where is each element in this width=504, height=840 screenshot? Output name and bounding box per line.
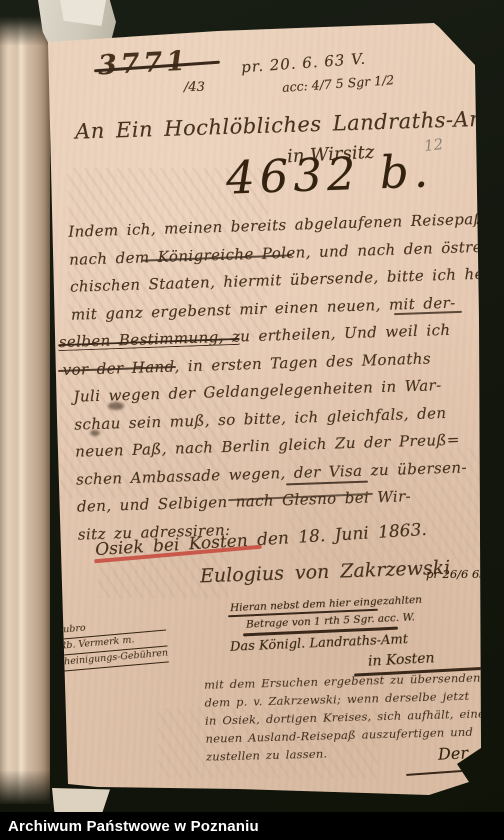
underline-closing (406, 766, 504, 776)
acc-note: acc: 4/7 5 Sgr 1/2 (282, 72, 395, 95)
registry-crossed-fraction: /43 (184, 80, 205, 95)
archival-scan-viewport: 3771 /43 pr. 20. 6. 63 V. acc: 4/7 5 Sgr… (0, 0, 504, 840)
registry-big-number: 4632 b. (225, 144, 434, 204)
presentation-note: pr. 20. 6. 63 V. (241, 50, 367, 77)
underlying-page-edges (0, 16, 50, 804)
paper-fragment-bottom-left (52, 788, 110, 814)
signature: Eulogius von Zakrzewski (200, 557, 451, 588)
office-line-2: in Kosten (368, 650, 435, 669)
margin-note: sub rubro Lit. Rb. Vermerk m. Bescheinig… (38, 615, 169, 674)
document-sheet: 3771 /43 pr. 20. 6. 63 V. acc: 4/7 5 Sgr… (38, 18, 484, 800)
office-line-1: Das Königl. Landraths-Amt (230, 632, 409, 655)
archive-watermark-bar: Archiwum Państwowe w Poznaniu (0, 812, 504, 840)
closing-word: Der (438, 743, 469, 764)
received-note: pr 26/6 63 (426, 567, 487, 581)
archive-name-label: Archiwum Państwowe w Poznaniu (0, 818, 259, 835)
